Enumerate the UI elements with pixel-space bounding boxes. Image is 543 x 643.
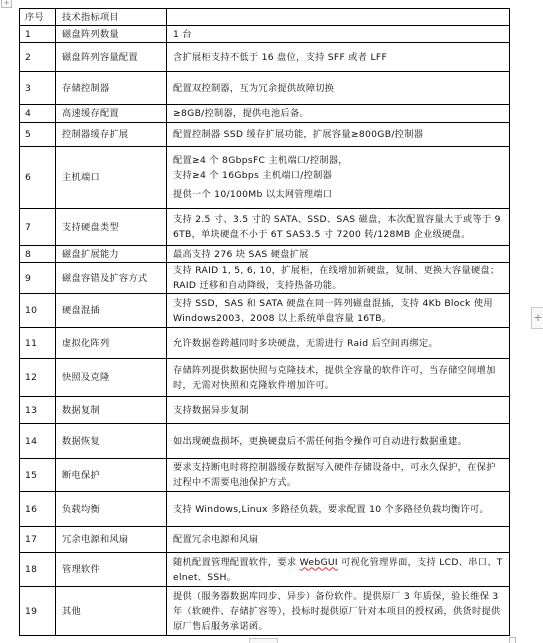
requirement-line: 随机配置管理配置软件，要求 WebGUI 可视化管理界面，支持 LCD、串口、T… xyxy=(173,555,503,585)
requirement-line: 如出现硬盘损坏，更换硬盘后不需任何指令操作可自动进行数据重建。 xyxy=(173,434,503,449)
table-row: 13数据复制支持数据异步复制 xyxy=(20,397,510,424)
table-move-handle-icon[interactable]: + xyxy=(1,0,12,8)
spec-requirement: 支持 SSD，SAS 和 SATA 硬盘在同一阵列磁盘混插，支持 4Kb Blo… xyxy=(167,294,510,328)
row-number: 16 xyxy=(20,492,56,527)
table-resize-handle[interactable] xyxy=(509,637,516,643)
spec-item-name: 磁盘阵列数量 xyxy=(56,26,167,43)
table-row: 7支持硬盘类型支持 2.5 寸、3.5 寸的 SATA、SSD、SAS 磁盘，本… xyxy=(20,209,510,246)
spec-requirement: 配置双控制器，互为冗余提供故障切换 xyxy=(167,72,510,105)
table-row: 11虚拟化阵列允许数据卷跨越同时多块硬盘，无需进行 Raid 后空间再绑定。 xyxy=(20,328,510,359)
row-number: 1 xyxy=(20,26,56,43)
spec-requirement: 如出现硬盘损坏，更换硬盘后不需任何指令操作可自动进行数据重建。 xyxy=(167,424,510,459)
table-row: 14数据恢复如出现硬盘损坏，更换硬盘后不需任何指令操作可自动进行数据重建。 xyxy=(20,424,510,459)
requirement-line: 允许数据卷跨越同时多块硬盘，无需进行 Raid 后空间再绑定。 xyxy=(173,336,503,351)
spec-item-name: 控制器缓存扩展 xyxy=(56,123,167,147)
spec-requirement: ≥8GB/控制器，提供电池后备。 xyxy=(167,105,510,123)
row-number: 4 xyxy=(20,105,56,123)
spec-requirement: 存储阵列提供数据快照与克隆技术，提供全容量的软件许可，当存储空间增加时，无需对快… xyxy=(167,359,510,397)
spellcheck-flagged-word[interactable]: WebGUI xyxy=(300,557,338,568)
table-row: 10硬盘混插支持 SSD，SAS 和 SATA 硬盘在同一阵列磁盘混插，支持 4… xyxy=(20,294,510,328)
requirement-line: 存储阵列提供数据快照与克隆技术，提供全容量的软件许可，当存储空间增加时，无需对快… xyxy=(173,363,503,393)
spec-item-name: 磁盘阵列容量配置 xyxy=(56,43,167,72)
header-spec xyxy=(167,9,510,26)
spec-item-name: 支持硬盘类型 xyxy=(56,209,167,246)
header-item: 技术指标项目 xyxy=(56,9,167,26)
table-row: 5控制器缓存扩展配置控制器 SSD 缓存扩展功能，扩展容量≥800GB/控制器 xyxy=(20,123,510,147)
row-number: 3 xyxy=(20,72,56,105)
requirement-line: 支持 Windows,Linux 多路径负载，要求配置 10 个多路径负载均衡许… xyxy=(173,502,503,517)
table-row: 4高速缓存配置≥8GB/控制器，提供电池后备。 xyxy=(20,105,510,123)
requirement-line: 提供一个 10/100Mb 以太网管理端口 xyxy=(173,187,503,202)
spec-item-name: 硬盘混插 xyxy=(56,294,167,328)
spec-item-name: 断电保护 xyxy=(56,459,167,492)
spec-requirement: 1 台 xyxy=(167,26,510,43)
table-row: 12快照及克隆存储阵列提供数据快照与克隆技术，提供全容量的软件许可，当存储空间增… xyxy=(20,359,510,397)
spec-requirement: 支持 2.5 寸、3.5 寸的 SATA、SSD、SAS 磁盘，本次配置容量大于… xyxy=(167,209,510,246)
row-number: 11 xyxy=(20,328,56,359)
header-row: 序号 技术指标项目 xyxy=(20,9,510,26)
requirement-line: 支持数据异步复制 xyxy=(173,403,503,418)
spec-requirement: 允许数据卷跨越同时多块硬盘，无需进行 Raid 后空间再绑定。 xyxy=(167,328,510,359)
spec-requirement: 含扩展柜支持不低于 16 盘位，支持 SFF 或者 LFF xyxy=(167,43,510,72)
spec-item-name: 数据复制 xyxy=(56,397,167,424)
table-row: 19其他提供（服务器数据库同步、异步）备份软件。提供原厂 3 年质保，验长维保 … xyxy=(20,587,510,636)
spec-item-name: 其他 xyxy=(56,587,167,636)
row-number: 5 xyxy=(20,123,56,147)
table-row: 2磁盘阵列容量配置含扩展柜支持不低于 16 盘位，支持 SFF 或者 LFF xyxy=(20,43,510,72)
row-number: 7 xyxy=(20,209,56,246)
row-number: 18 xyxy=(20,553,56,587)
spec-requirement: 配置≥4 个 8GbpsFC 主机端口/控制器，支持≥4 个 16Gbps 主机… xyxy=(167,147,510,209)
spec-item-name: 负载均衡 xyxy=(56,492,167,527)
requirement-line: 配置双控制器，互为冗余提供故障切换 xyxy=(173,81,503,96)
row-number: 17 xyxy=(20,527,56,553)
row-number: 8 xyxy=(20,246,56,263)
spec-item-name: 冗余电源和风扇 xyxy=(56,527,167,553)
requirement-line: 支持 2.5 寸、3.5 寸的 SATA、SSD、SAS 磁盘，本次配置容量大于… xyxy=(173,212,503,242)
spec-item-name: 数据恢复 xyxy=(56,424,167,459)
spec-requirement: 支持 RAID 1, 5, 6, 10，扩展柜，在线增加新硬盘，复制、更换大容量… xyxy=(167,263,510,294)
requirement-line: 最高支持 276 块 SAS 硬盘扩展 xyxy=(173,247,503,262)
row-number: 12 xyxy=(20,359,56,397)
requirement-line: 配置≥4 个 8GbpsFC 主机端口/控制器， xyxy=(173,153,503,168)
table-row: 6主机端口配置≥4 个 8GbpsFC 主机端口/控制器，支持≥4 个 16Gb… xyxy=(20,147,510,209)
spec-requirement: 支持数据异步复制 xyxy=(167,397,510,424)
insert-column-button[interactable]: + xyxy=(531,307,543,329)
spec-item-name: 快照及克隆 xyxy=(56,359,167,397)
requirement-line: ≥8GB/控制器，提供电池后备。 xyxy=(173,106,503,121)
row-number: 9 xyxy=(20,263,56,294)
table-row: 1磁盘阵列数量1 台 xyxy=(20,26,510,43)
row-number: 10 xyxy=(20,294,56,328)
spec-item-name: 虚拟化阵列 xyxy=(56,328,167,359)
row-number: 13 xyxy=(20,397,56,424)
row-number: 6 xyxy=(20,147,56,209)
requirement-line: 支持 SSD，SAS 和 SATA 硬盘在同一阵列磁盘混插，支持 4Kb Blo… xyxy=(173,296,503,326)
table-row: 3存储控制器配置双控制器，互为冗余提供故障切换 xyxy=(20,72,510,105)
spec-item-name: 高速缓存配置 xyxy=(56,105,167,123)
requirement-line: 配置控制器 SSD 缓存扩展功能，扩展容量≥800GB/控制器 xyxy=(173,127,503,142)
spec-requirement: 最高支持 276 块 SAS 硬盘扩展 xyxy=(167,246,510,263)
requirement-line: 支持≥4 个 16Gbps 主机端口/控制器 xyxy=(173,168,503,183)
table-row: 15断电保护要求支持断电时将控制器缓存数据写入硬件存储设备中，可永久保护，在保护… xyxy=(20,459,510,492)
requirement-line: 配置冗余电源和风扇 xyxy=(173,532,503,547)
spec-requirement: 配置控制器 SSD 缓存扩展功能，扩展容量≥800GB/控制器 xyxy=(167,123,510,147)
spec-item-name: 主机端口 xyxy=(56,147,167,209)
table-row: 17冗余电源和风扇配置冗余电源和风扇 xyxy=(20,527,510,553)
row-number: 14 xyxy=(20,424,56,459)
table-row: 16负载均衡支持 Windows,Linux 多路径负载，要求配置 10 个多路… xyxy=(20,492,510,527)
requirement-line: 提供（服务器数据库同步、异步）备份软件。提供原厂 3 年质保，验长维保 3 年（… xyxy=(173,589,503,634)
spec-requirement: 配置冗余电源和风扇 xyxy=(167,527,510,553)
spec-item-name: 存储控制器 xyxy=(56,72,167,105)
table-row: 9磁盘容错及扩容方式支持 RAID 1, 5, 6, 10，扩展柜，在线增加新硬… xyxy=(20,263,510,294)
spec-item-name: 磁盘容错及扩容方式 xyxy=(56,263,167,294)
spec-item-name: 磁盘扩展能力 xyxy=(56,246,167,263)
spec-requirement: 提供（服务器数据库同步、异步）备份软件。提供原厂 3 年质保，验长维保 3 年（… xyxy=(167,587,510,636)
spec-requirement: 随机配置管理配置软件，要求 WebGUI 可视化管理界面，支持 LCD、串口、T… xyxy=(167,553,510,587)
row-number: 15 xyxy=(20,459,56,492)
spec-item-name: 管理软件 xyxy=(56,553,167,587)
requirement-line: 支持 RAID 1, 5, 6, 10，扩展柜，在线增加新硬盘，复制、更换大容量… xyxy=(173,263,503,293)
requirement-line: 1 台 xyxy=(173,27,503,42)
table-row: 18管理软件随机配置管理配置软件，要求 WebGUI 可视化管理界面，支持 LC… xyxy=(20,553,510,587)
spec-requirement: 要求支持断电时将控制器缓存数据写入硬件存储设备中，可永久保护，在保护过程中不需要… xyxy=(167,459,510,492)
spec-table: 序号 技术指标项目 1磁盘阵列数量1 台2磁盘阵列容量配置含扩展柜支持不低于 1… xyxy=(19,8,510,636)
spec-requirement: 支持 Windows,Linux 多路径负载，要求配置 10 个多路径负载均衡许… xyxy=(167,492,510,527)
row-insert-handle[interactable] xyxy=(249,638,278,643)
header-no: 序号 xyxy=(20,9,56,26)
table-row: 8磁盘扩展能力最高支持 276 块 SAS 硬盘扩展 xyxy=(20,246,510,263)
requirement-line: 要求支持断电时将控制器缓存数据写入硬件存储设备中，可永久保护，在保护过程中不需要… xyxy=(173,460,503,490)
requirement-line: 含扩展柜支持不低于 16 盘位，支持 SFF 或者 LFF xyxy=(173,50,503,65)
row-number: 19 xyxy=(20,587,56,636)
row-number: 2 xyxy=(20,43,56,72)
